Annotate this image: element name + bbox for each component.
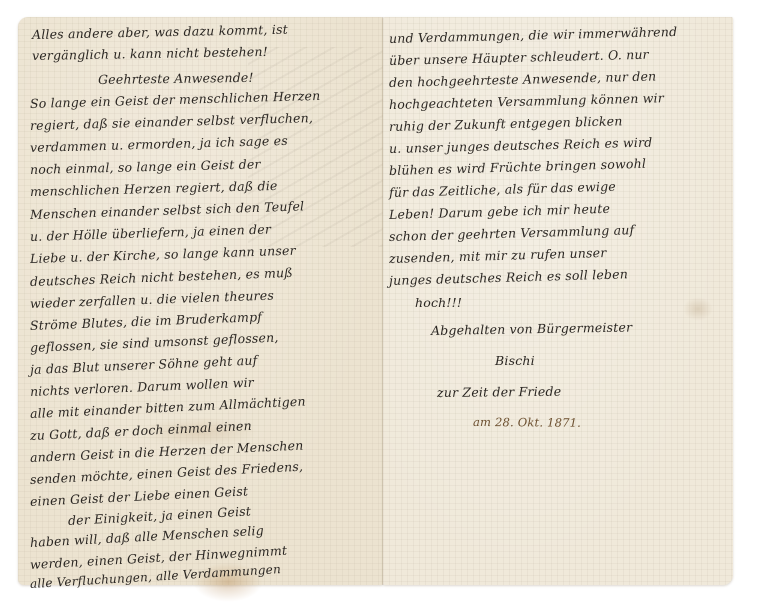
handwritten-line: deutsches Reich nicht bestehen, es muß [30, 265, 293, 289]
left-page: Alles andere aber, was dazu kommt, ist v… [18, 17, 383, 585]
handwritten-line: noch einmal, so lange ein Geist der [30, 156, 261, 177]
right-page: und Verdammungen, die wir immerwährend ü… [383, 17, 733, 585]
handwritten-line: hoch!!! [415, 295, 462, 310]
handwritten-line: alle mit einander bitten zum Allmächtige… [30, 393, 306, 421]
signature-name: Bischi [495, 353, 535, 368]
handwritten-line: für das Zeitliche, als für das ewige [389, 179, 616, 200]
handwritten-line: u. unser junges deutsches Reich es wird [389, 135, 653, 156]
handwritten-line: über unsere Häupter schleudert. O. nur [389, 47, 649, 68]
handwritten-line: nichts verloren. Darum wollen wir [30, 375, 255, 399]
handwritten-line: Liebe u. der Kirche, so lange kann unser [30, 243, 296, 266]
handwritten-line: Leben! Darum gebe ich mir heute [389, 201, 611, 222]
handwritten-line: zusenden, mit mir zu rufen unser [389, 245, 607, 266]
handwritten-line: junges deutsches Reich es soll leben [389, 266, 628, 288]
salutation: Geehrteste Anwesende! [98, 70, 254, 87]
handwritten-line: vergänglich u. kann nicht bestehen! [32, 44, 268, 63]
handwritten-line: und Verdammungen, die wir immerwährend [389, 24, 678, 46]
signature-line: Abgehalten von Bürgermeister [431, 319, 632, 338]
handwritten-line: ruhig der Zukunft entgegen blicken [389, 113, 623, 134]
handwritten-line: wieder zerfallen u. die vielen theures [30, 287, 274, 311]
handwritten-line: u. der Hölle überliefern, ja einen der [30, 221, 271, 244]
handwritten-line: Ströme Blutes, die im Bruderkampf [30, 309, 263, 333]
handwritten-line: geflossen, sie sind umsonst geflossen, [30, 330, 279, 355]
handwritten-line: blühen es wird Früchte bringen sowohl [389, 156, 646, 178]
handwritten-line: zu Gott, daß er doch einmal einen [30, 418, 252, 443]
paper-stain [683, 297, 713, 321]
signature-date: am 28. Okt. 1871. [473, 415, 581, 430]
handwritten-line: menschlichen Herzen regiert, daß die [30, 178, 278, 199]
handwritten-line: den hochgeehrteste Anwesende, nur den [389, 68, 657, 90]
signature-line: zur Zeit der Friede [437, 384, 561, 400]
handwritten-line: hochgeachteten Versammlung können wir [389, 90, 664, 112]
document-scan: Alles andere aber, was dazu kommt, ist v… [0, 0, 768, 616]
handwritten-line: ja das Blut unserer Söhne geht auf [30, 352, 258, 377]
handwritten-line: schon der geehrten Versammlung auf [389, 222, 635, 244]
handwritten-line: Alles andere aber, was dazu kommt, ist [32, 22, 288, 42]
